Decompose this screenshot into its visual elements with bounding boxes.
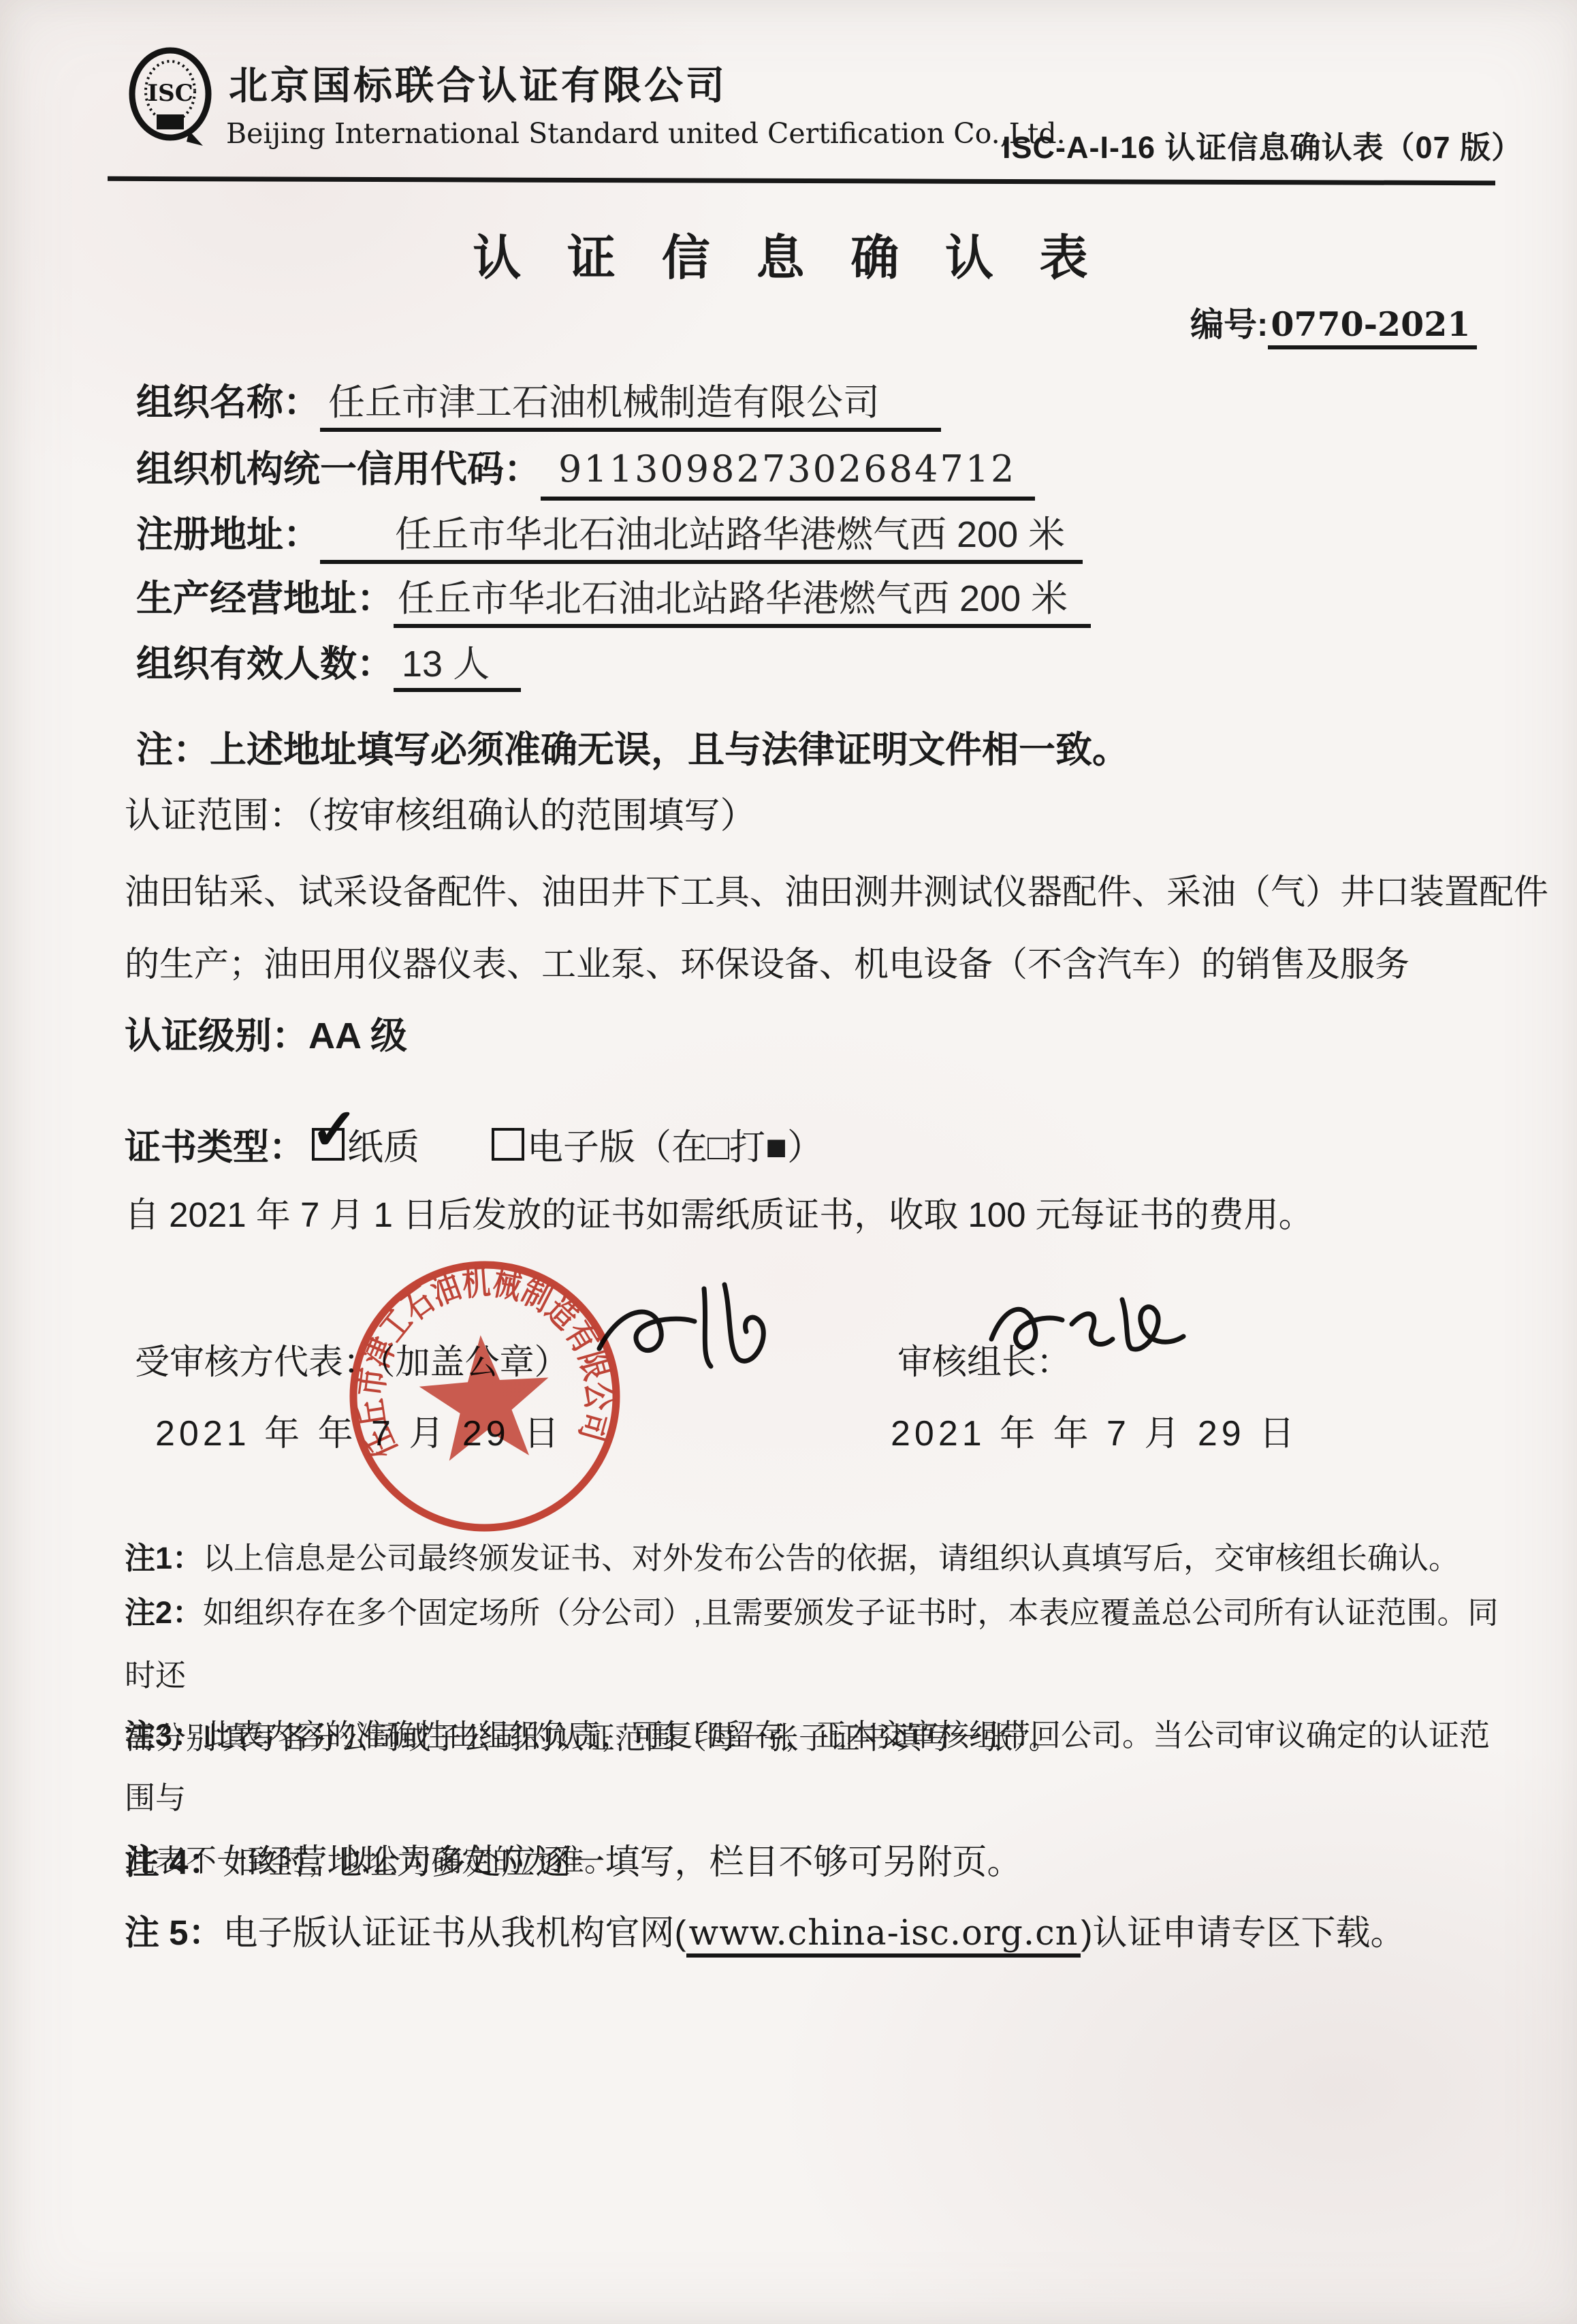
header-company-name-cn: 北京国标联合认证有限公司: [229, 54, 727, 110]
field-biz-address: 生产经营地址：任丘市华北石油北站路华港燃气西 200 米: [136, 569, 1091, 622]
note-4: 注 4：如经营地址为多处应逐一填写，栏目不够可另附页。: [125, 1831, 1507, 1894]
address-accuracy-note: 注：上述地址填写必须准确无误，且与法律证明文件相一致。: [136, 721, 1129, 773]
paper-fee-note: 自 2021 年 7 月 1 日后发放的证书如需纸质证书，收取 100 元每证书…: [125, 1187, 1313, 1237]
note-4-text: 如经营地址为多处应逐一填写，栏目不够可另附页。: [223, 1842, 1022, 1881]
field-headcount-value: 13 人: [394, 644, 521, 692]
checkbox-paper-checked: ✓: [312, 1128, 345, 1161]
auditee-signature-ink: [580, 1266, 784, 1395]
header-company-name-en: Beijing International Standard united Ce…: [226, 117, 1066, 150]
page-title: 认 证 信 息 确 认 表: [0, 219, 1577, 289]
serial-label: 编号:: [1190, 307, 1268, 343]
note-5-text-before: 电子版认证证书从我机构官网(: [223, 1913, 686, 1952]
field-org-name-value: 任丘市津工石油机械制造有限公司: [320, 382, 941, 432]
scanned-document-page: ISC 北京国标联合认证有限公司 Beijing International S…: [0, 0, 1577, 2324]
note-5: 注 5：电子版认证证书从我机构官网(www.china-isc.org.cn)认…: [125, 1902, 1507, 1965]
field-credit-code-value: 911309827302684712: [541, 447, 1035, 501]
website-url: www.china-isc.org.cn: [686, 1913, 1081, 1958]
field-headcount-label: 组织有效人数：: [136, 644, 394, 685]
note-4-id: 注 4：: [125, 1842, 223, 1881]
audit-team-leader-date: 2021 年 年 7 月 29 日: [891, 1404, 1299, 1456]
checkbox-electronic-empty: [492, 1128, 524, 1161]
cert-scope-line1: 油田钻采、试采设备配件、油田井下工具、油田测井测试仪器配件、采油（气）井口装置配…: [125, 864, 1548, 914]
field-org-name: 组织名称：任丘市津工石油机械制造有限公司: [136, 373, 941, 426]
cert-scope-line2: 的生产；油田用仪器仪表、工业泵、环保设备、机电设备（不含汽车）的销售及服务: [125, 936, 1409, 986]
serial-number: 编号:0770-2021: [1190, 298, 1477, 346]
field-credit-code: 组织机构统一信用代码：911309827302684712: [136, 440, 1035, 492]
note-1-text: 以上信息是公司最终颁发证书、对外发布公告的依据，请组织认真填写后，交审核组长确认…: [203, 1541, 1459, 1575]
note-1: 注1：以上信息是公司最终颁发证书、对外发布公告的依据，请组织认真填写后，交审核组…: [125, 1527, 1507, 1590]
note-3-id: 注3：: [125, 1718, 203, 1753]
note-2-id: 注2：: [125, 1595, 203, 1630]
note-5-text-after: )认证申请专区下载。: [1081, 1913, 1405, 1952]
stamp-star-icon: [416, 1331, 554, 1463]
field-credit-code-label: 组织机构统一信用代码：: [136, 449, 541, 490]
leader-signature-ink: [979, 1282, 1204, 1377]
isc-logo-text: ISC: [147, 80, 193, 107]
check-icon: ✓: [310, 1101, 358, 1158]
field-reg-address-label: 注册地址：: [136, 514, 320, 555]
cert-type-suffix: （在□打■）: [635, 1127, 823, 1167]
note-1-id: 注1：: [125, 1541, 203, 1575]
field-reg-address: 注册地址：任丘市华北石油北站路华港燃气西 200 米: [136, 505, 1083, 558]
field-biz-address-label: 生产经营地址：: [136, 578, 394, 619]
header-divider: [108, 176, 1495, 185]
field-biz-address-value: 任丘市华北石油北站路华港燃气西 200 米: [394, 578, 1091, 628]
cert-type-electronic-label: 电子版: [527, 1127, 635, 1167]
field-reg-address-value: 任丘市华北石油北站路华港燃气西 200 米: [320, 514, 1083, 564]
field-headcount: 组织有效人数：13 人: [136, 635, 521, 687]
cert-type-label: 证书类型：: [125, 1127, 305, 1167]
note-5-id: 注 5：: [125, 1913, 223, 1952]
field-org-name-label: 组织名称：: [136, 382, 320, 423]
cert-level: 认证级别：AA 级: [125, 1007, 407, 1059]
header-doc-code: ISC-A-I-16 认证信息确认表（07 版）: [1002, 123, 1523, 167]
isc-logo: ISC: [127, 46, 217, 150]
serial-value: 0770-2021: [1268, 304, 1477, 349]
cert-type-row: 证书类型：✓纸质电子版（在□打■）: [125, 1118, 823, 1170]
cert-scope-label: 认证范围：（按审核组确认的范围填写）: [125, 787, 756, 838]
